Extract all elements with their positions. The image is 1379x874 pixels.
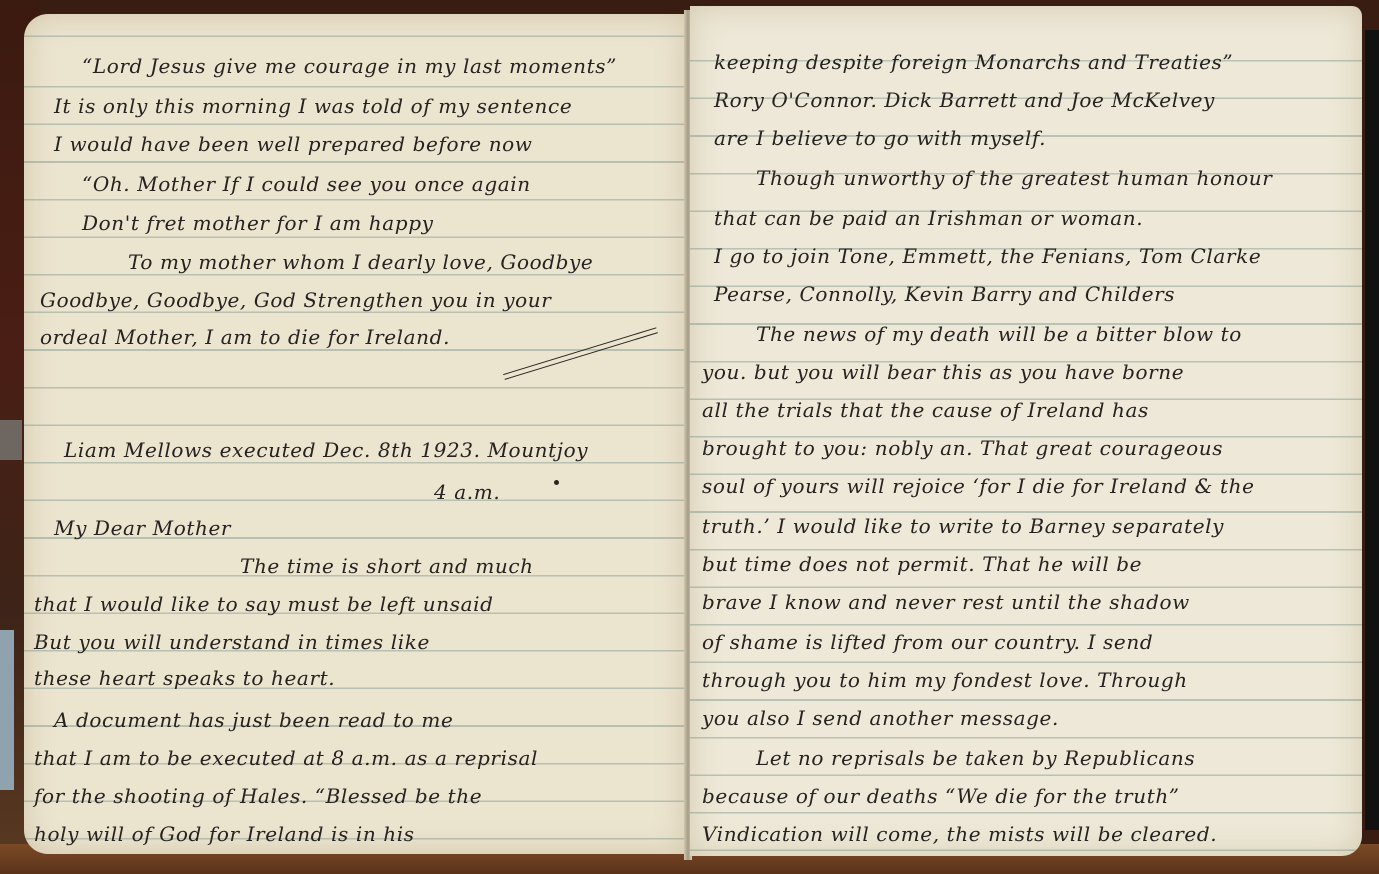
handwritten-line: I would have been well prepared before n… <box>54 132 533 156</box>
handwritten-line: Let no reprisals be taken by Republicans <box>756 746 1195 770</box>
handwritten-line: The time is short and much <box>240 554 534 578</box>
handwritten-line: for the shooting of Hales. “Blessed be t… <box>34 784 482 808</box>
handwritten-line: that I would like to say must be left un… <box>34 592 494 616</box>
handwritten-line: holy will of God for Ireland is in his <box>34 822 415 846</box>
handwritten-line: you. but you will bear this as you have … <box>702 360 1184 384</box>
handwritten-line: that I am to be executed at 8 a.m. as a … <box>34 746 538 770</box>
notebook-left-page: “Lord Jesus give me courage in my last m… <box>24 14 686 854</box>
ink-dot <box>554 480 559 485</box>
handwritten-line: soul of yours will rejoice ‘for I die fo… <box>702 474 1255 498</box>
handwritten-line: ordeal Mother, I am to die for Ireland. <box>40 325 450 349</box>
handwritten-line: A document has just been read to me <box>54 708 453 732</box>
handwritten-line: Rory O'Connor. Dick Barrett and Joe McKe… <box>714 88 1215 112</box>
handwritten-line: “Lord Jesus give me courage in my last m… <box>82 54 617 78</box>
handwritten-line: The news of my death will be a bitter bl… <box>756 322 1242 346</box>
handwritten-line: Though unworthy of the greatest human ho… <box>756 166 1272 190</box>
double-line-divider <box>503 327 658 380</box>
handwritten-line: Vindication will come, the mists will be… <box>702 822 1217 846</box>
handwritten-line: brought to you: nobly an. That great cou… <box>702 436 1223 460</box>
handwritten-line: To my mother whom I dearly love, Goodbye <box>128 250 593 274</box>
handwritten-line: brave I know and never rest until the sh… <box>702 590 1190 614</box>
handwritten-line: Goodbye, Goodbye, God Strengthen you in … <box>40 288 551 312</box>
handwritten-line: these heart speaks to heart. <box>34 666 335 690</box>
background-surface-right <box>1365 30 1379 830</box>
handwritten-line: you also I send another message. <box>702 706 1059 730</box>
handwritten-line: of shame is lifted from our country. I s… <box>702 630 1153 654</box>
notebook-right-page: keeping despite foreign Monarchs and Tre… <box>690 6 1362 856</box>
handwritten-line: My Dear Mother <box>54 516 231 540</box>
background-blue-strip <box>0 630 14 790</box>
handwritten-line: Liam Mellows executed Dec. 8th 1923. Mou… <box>64 438 588 462</box>
handwritten-line: are I believe to go with myself. <box>714 126 1046 150</box>
handwritten-line: But you will understand in times like <box>34 630 430 654</box>
handwritten-line: truth.’ I would like to write to Barney … <box>702 514 1224 538</box>
background-label-fragment <box>0 420 22 460</box>
handwritten-line: but time does not permit. That he will b… <box>702 552 1142 576</box>
handwritten-line: Don't fret mother for I am happy <box>82 211 434 235</box>
handwritten-line: “Oh. Mother If I could see you once agai… <box>82 172 531 196</box>
handwritten-line: keeping despite foreign Monarchs and Tre… <box>714 50 1233 74</box>
handwritten-line: I go to join Tone, Emmett, the Fenians, … <box>714 244 1261 268</box>
handwritten-line: because of our deaths “We die for the tr… <box>702 784 1180 808</box>
handwritten-line: Pearse, Connolly, Kevin Barry and Childe… <box>714 282 1175 306</box>
handwritten-line: 4 a.m. <box>434 480 500 504</box>
handwritten-line: It is only this morning I was told of my… <box>54 94 572 118</box>
handwritten-line: that can be paid an Irishman or woman. <box>714 206 1143 230</box>
handwritten-line: all the trials that the cause of Ireland… <box>702 398 1149 422</box>
handwritten-line: through you to him my fondest love. Thro… <box>702 668 1188 692</box>
